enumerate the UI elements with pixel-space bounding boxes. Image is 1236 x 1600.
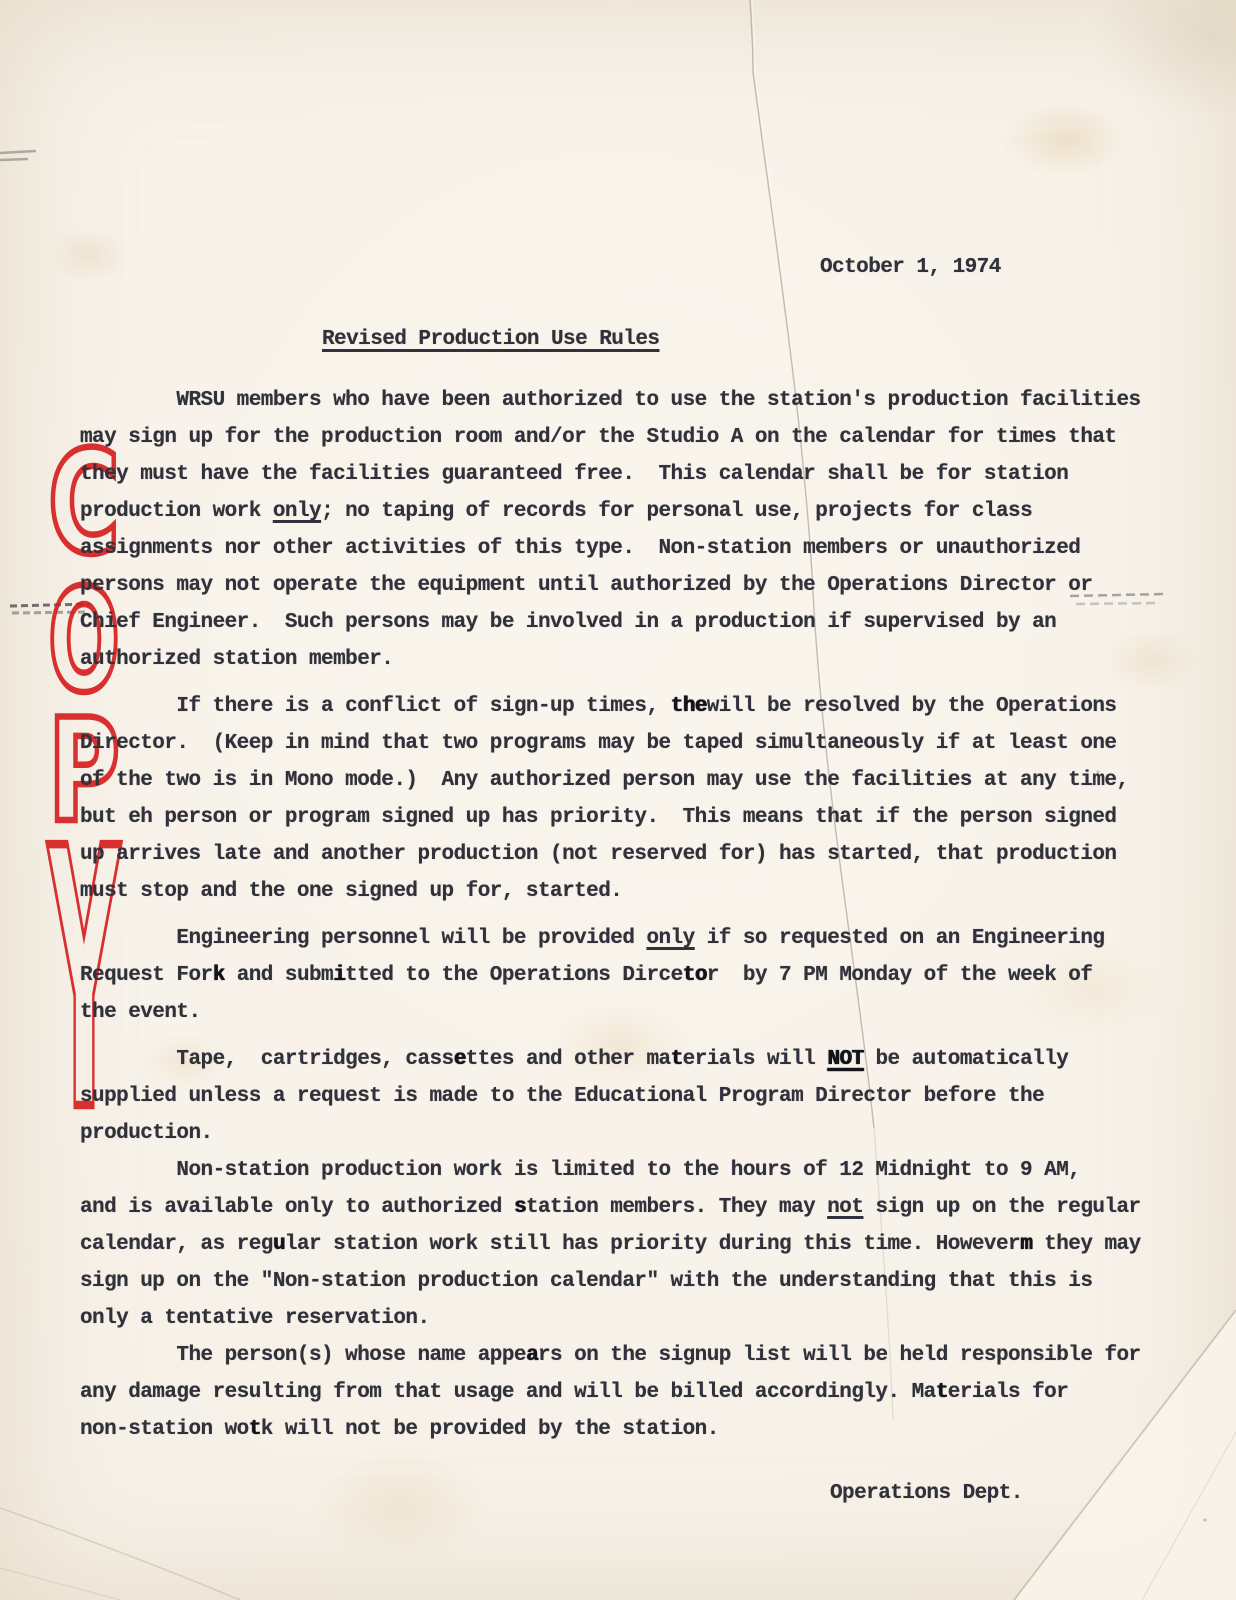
document-line: may sign up for the production room and/…	[80, 419, 1205, 456]
document-date: October 1, 1974	[820, 256, 1001, 279]
document-line: Engineering personnel will be provided o…	[80, 920, 1205, 957]
document-line: persons may not operate the equipment un…	[80, 567, 1205, 604]
document-line: If there is a conflict of sign-up times,…	[80, 688, 1205, 725]
document-line: up arrives late and another production (…	[80, 836, 1205, 873]
document-paragraph: Tape, cartridges, cassettes and other ma…	[80, 1041, 1205, 1152]
pencil-smudge-left	[10, 604, 90, 613]
document-line: Tape, cartridges, cassettes and other ma…	[80, 1041, 1205, 1078]
document-line: authorized station member.	[80, 641, 1205, 678]
document-line: they must have the facilities guaranteed…	[80, 456, 1205, 493]
document-line: any damage resulting from that usage and…	[80, 1374, 1205, 1411]
document-body: WRSU members who have been authorized to…	[80, 382, 1205, 1448]
document-line: Non-station production work is limited t…	[80, 1152, 1205, 1189]
document-line: calendar, as regular station work still …	[80, 1226, 1205, 1263]
document-line: supplied unless a request is made to the…	[80, 1078, 1205, 1115]
document-line: Request Fork and submitted to the Operat…	[80, 957, 1205, 994]
document-line: Director. (Keep in mind that two program…	[80, 725, 1205, 762]
document-paragraph: The person(s) whose name appears on the …	[80, 1337, 1205, 1448]
document-line: The person(s) whose name appears on the …	[80, 1337, 1205, 1374]
document-paragraph: If there is a conflict of sign-up times,…	[80, 688, 1205, 910]
document-line: sign up on the "Non-station production c…	[80, 1263, 1205, 1300]
edge-mark	[0, 151, 36, 160]
signature-line: Operations Dept.	[830, 1482, 1023, 1505]
document-line: and is available only to authorized stat…	[80, 1189, 1205, 1226]
document-line: Chief Engineer. Such persons may be invo…	[80, 604, 1205, 641]
document-line: but eh person or program signed up has p…	[80, 799, 1205, 836]
document-title: Revised Production Use Rules	[322, 328, 659, 351]
document-paragraph: Non-station production work is limited t…	[80, 1152, 1205, 1337]
document-line: non-station wotk will not be provided by…	[80, 1411, 1205, 1448]
document-line: WRSU members who have been authorized to…	[80, 382, 1205, 419]
scanned-document-page: C O P Y October 1, 1974 Revised Producti…	[0, 0, 1236, 1600]
document-line: of the two is in Mono mode.) Any authori…	[80, 762, 1205, 799]
document-paragraph: WRSU members who have been authorized to…	[80, 382, 1205, 678]
document-line: production work only; no taping of recor…	[80, 493, 1205, 530]
document-paragraph: Engineering personnel will be provided o…	[80, 920, 1205, 1031]
document-line: only a tentative reservation.	[80, 1300, 1205, 1337]
document-line: the event.	[80, 994, 1205, 1031]
document-line: production.	[80, 1115, 1205, 1152]
document-line: assignments nor other activities of this…	[80, 530, 1205, 567]
document-line: must stop and the one signed up for, sta…	[80, 873, 1205, 910]
